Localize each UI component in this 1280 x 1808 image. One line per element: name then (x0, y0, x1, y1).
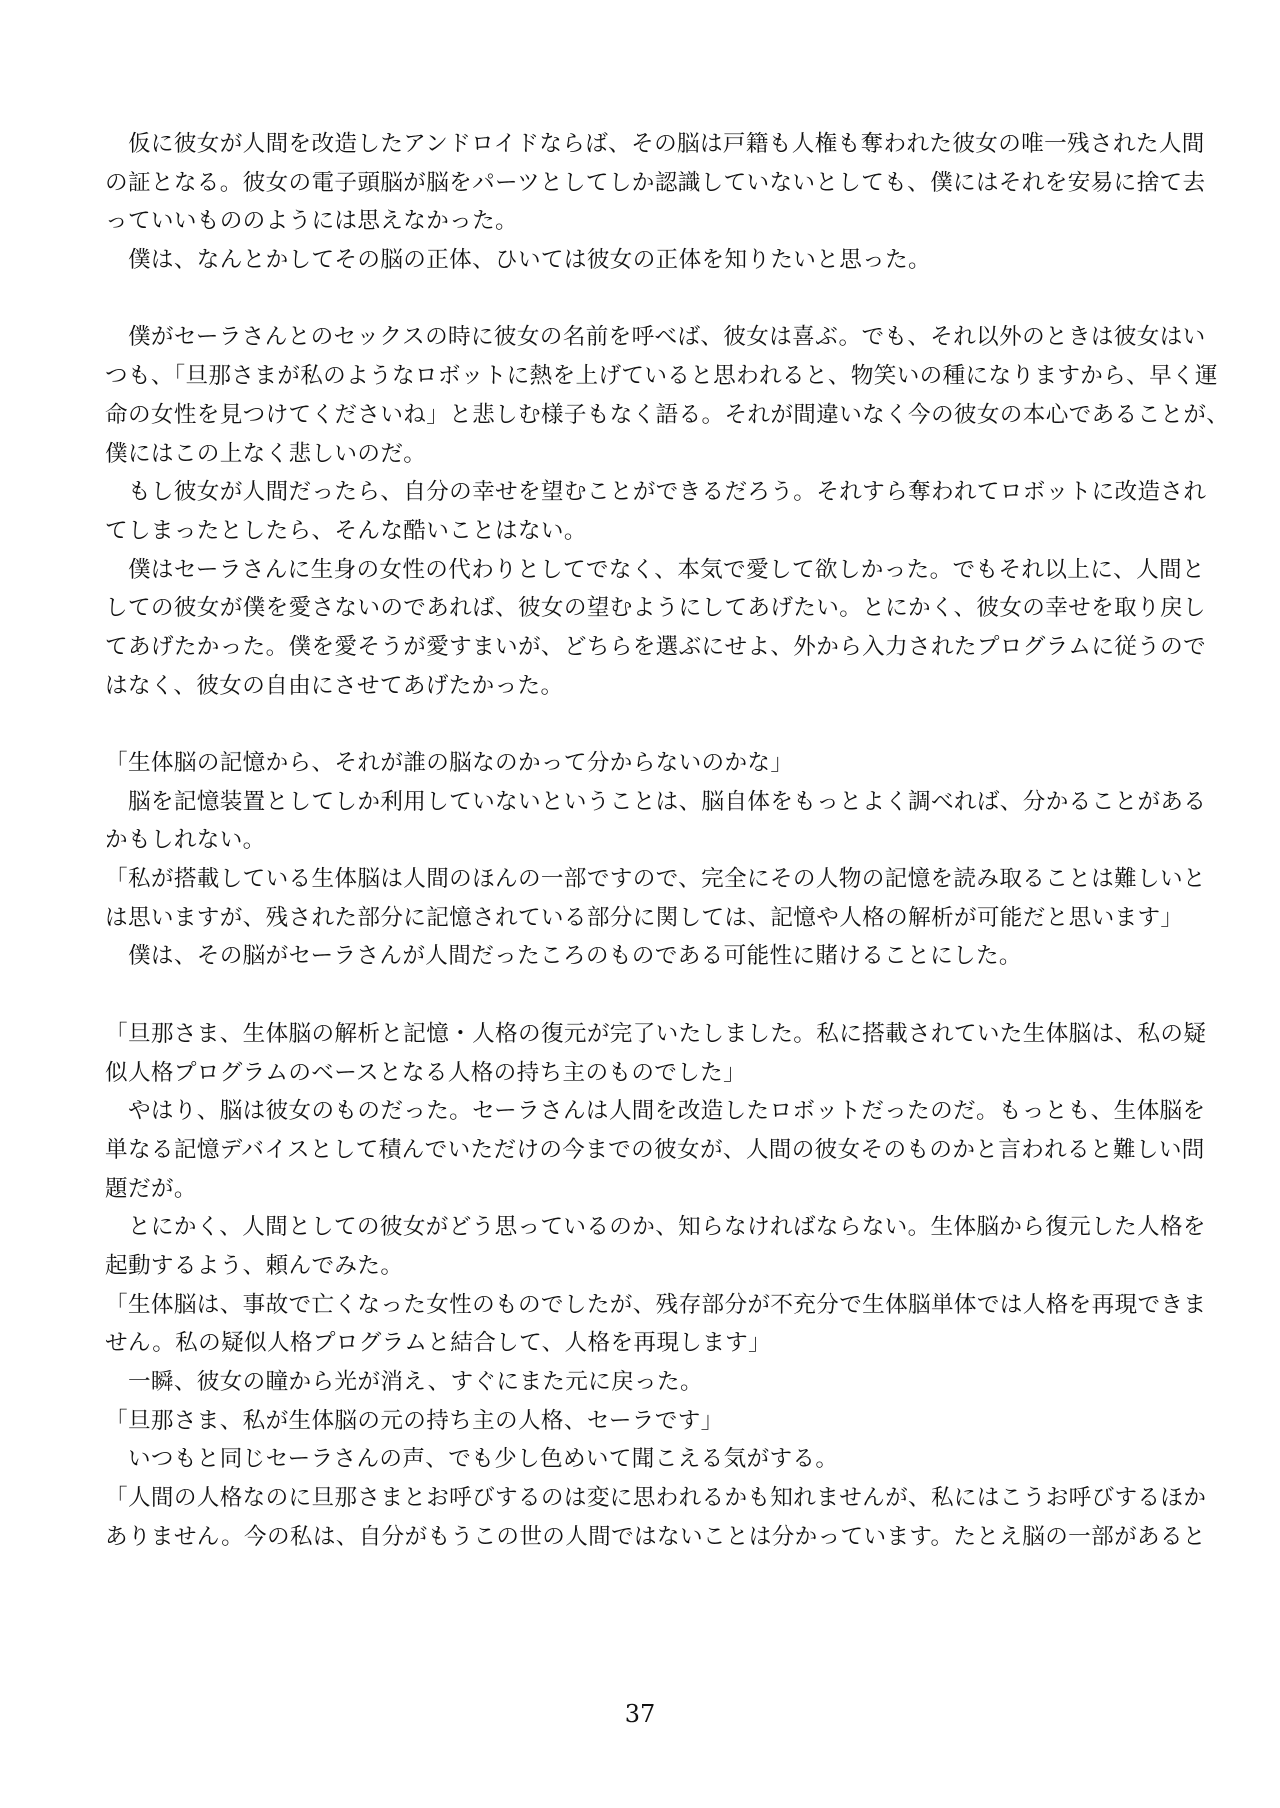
text-line: 命の女性を見つけてくださいね」と悲しむ様子もなく語る。それが間違いなく今の彼女の… (105, 396, 1177, 435)
text-line: はなく、彼女の自由にさせてあげたかった。 (105, 667, 1177, 706)
text-line: 僕にはこの上なく悲しいのだ。 (105, 435, 1177, 474)
text-line: 起動するよう、頼んでみた。 (105, 1247, 1177, 1286)
text-line: 僕は、なんとかしてその脳の正体、ひいては彼女の正体を知りたいと思った。 (105, 241, 1177, 280)
paragraph-block-2: 僕がセーラさんとのセックスの時に彼女の名前を呼べば、彼女は喜ぶ。でも、それ以外の… (105, 318, 1177, 705)
text-line: 「旦那さま、生体脳の解析と記憶・人格の復元が完了いたしました。私に搭載されていた… (105, 1015, 1177, 1054)
text-line: 似人格プログラムのベースとなる人格の持ち主のものでした」 (105, 1054, 1177, 1093)
text-line: 僕は、その脳がセーラさんが人間だったころのものである可能性に賭けることにした。 (105, 937, 1177, 976)
text-line: もし彼女が人間だったら、自分の幸せを望むことができるだろう。それすら奪われてロボ… (105, 473, 1177, 512)
text-line: 仮に彼女が人間を改造したアンドロイドならば、その脳は戸籍も人権も奪われた彼女の唯… (105, 125, 1177, 164)
text-line: 「私が搭載している生体脳は人間のほんの一部ですので、完全にその人物の記憶を読み取… (105, 860, 1177, 899)
text-line: やはり、脳は彼女のものだった。セーラさんは人間を改造したロボットだったのだ。もっ… (105, 1092, 1177, 1131)
text-line: ありません。今の私は、自分がもうこの世の人間ではないことは分かっています。たとえ… (105, 1518, 1177, 1557)
text-line: 「生体脳は、事故で亡くなった女性のものでしたが、残存部分が不充分で生体脳単体では… (105, 1286, 1177, 1325)
text-line: っていいもののようには思えなかった。 (105, 202, 1177, 241)
text-line: てあげたかった。僕を愛そうが愛すまいが、どちらを選ぶにせよ、外から入力されたプロ… (105, 628, 1177, 667)
text-line: 単なる記憶デバイスとして積んでいただけの今までの彼女が、人間の彼女そのものかと言… (105, 1131, 1177, 1170)
page-number: 37 (0, 1700, 1280, 1728)
text-line: てしまったとしたら、そんな酷いことはない。 (105, 512, 1177, 551)
text-line: 題だが。 (105, 1170, 1177, 1209)
text-line: かもしれない。 (105, 821, 1177, 860)
paragraph-block-1: 仮に彼女が人間を改造したアンドロイドならば、その脳は戸籍も人権も奪われた彼女の唯… (105, 125, 1177, 280)
text-line: 僕はセーラさんに生身の女性の代わりとしてでなく、本気で愛して欲しかった。でもそれ… (105, 551, 1177, 590)
text-line: の証となる。彼女の電子頭脳が脳をパーツとしてしか認識していないとしても、僕にはそ… (105, 164, 1177, 203)
text-line: 「生体脳の記憶から、それが誰の脳なのかって分からないのかな」 (105, 744, 1177, 783)
text-line: は思いますが、残された部分に記憶されている部分に関しては、記憶や人格の解析が可能… (105, 899, 1177, 938)
text-line: 「人間の人格なのに旦那さまとお呼びするのは変に思われるかも知れませんが、私にはこ… (105, 1479, 1177, 1518)
paragraph-block-3: 「生体脳の記憶から、それが誰の脳なのかって分からないのかな」 脳を記憶装置として… (105, 744, 1177, 976)
text-line: 「旦那さま、私が生体脳の元の持ち主の人格、セーラです」 (105, 1402, 1177, 1441)
section-break (105, 976, 1177, 1015)
text-line: つも、「旦那さまが私のようなロボットに熱を上げていると思われると、物笑いの種にな… (105, 357, 1177, 396)
text-line: いつもと同じセーラさんの声、でも少し色めいて聞こえる気がする。 (105, 1440, 1177, 1479)
text-line: せん。私の疑似人格プログラムと結合して、人格を再現します」 (105, 1324, 1177, 1363)
paragraph-block-4: 「旦那さま、生体脳の解析と記憶・人格の復元が完了いたしました。私に搭載されていた… (105, 1015, 1177, 1557)
text-line: しての彼女が僕を愛さないのであれば、彼女の望むようにしてあげたい。とにかく、彼女… (105, 589, 1177, 628)
document-page: 仮に彼女が人間を改造したアンドロイドならば、その脳は戸籍も人権も奪われた彼女の唯… (105, 125, 1177, 1556)
section-break (105, 280, 1177, 319)
text-line: 僕がセーラさんとのセックスの時に彼女の名前を呼べば、彼女は喜ぶ。でも、それ以外の… (105, 318, 1177, 357)
text-line: とにかく、人間としての彼女がどう思っているのか、知らなければならない。生体脳から… (105, 1208, 1177, 1247)
text-line: 一瞬、彼女の瞳から光が消え、すぐにまた元に戻った。 (105, 1363, 1177, 1402)
section-break (105, 705, 1177, 744)
text-line: 脳を記憶装置としてしか利用していないということは、脳自体をもっとよく調べれば、分… (105, 783, 1177, 822)
